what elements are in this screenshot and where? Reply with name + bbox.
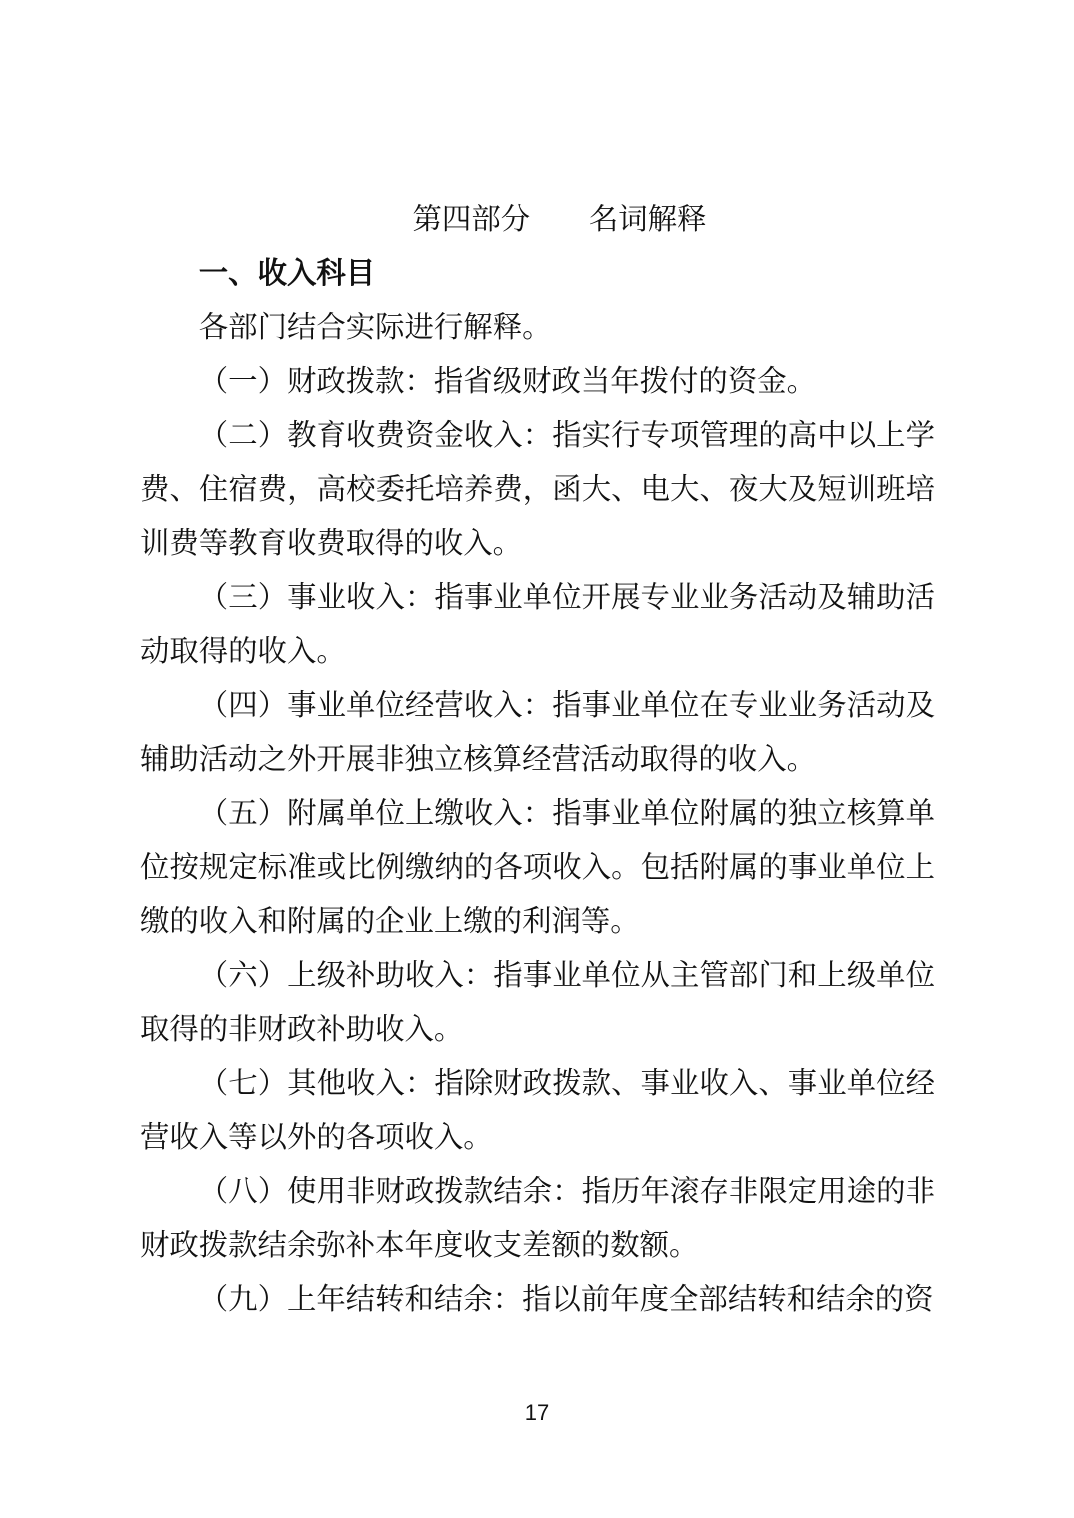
paragraph-term-6-superior-subsidy-income: （六）上级补助收入：指事业单位从主管部门和上级单位取得的非财政补助收入。: [140, 949, 935, 1057]
paragraph-term-3-institution-income: （三）事业收入：指事业单位开展专业业务活动及辅助活动取得的收入。: [140, 571, 935, 679]
page-number: 17: [0, 1398, 1074, 1428]
paragraph-term-2-education-fee-income: （二）教育收费资金收入：指实行专项管理的高中以上学费、住宿费，高校委托培养费，函…: [140, 409, 935, 571]
paragraph-term-1-fiscal-appropriation: （一）财政拨款：指省级财政当年拨付的资金。: [140, 355, 935, 409]
paragraph-term-7-other-income: （七）其他收入：指除财政拨款、事业收入、事业单位经营收入等以外的各项收入。: [140, 1057, 935, 1165]
document-title: 第四部分 名词解释: [162, 193, 957, 247]
paragraph-intro: 各部门结合实际进行解释。: [140, 301, 935, 355]
paragraph-term-8-nonfiscal-balance-usage: （八）使用非财政拨款结余：指历年滚存非限定用途的非财政拨款结余弥补本年度收支差额…: [140, 1165, 935, 1273]
document-content: 第四部分 名词解释 一、收入科目 各部门结合实际进行解释。 （一）财政拨款：指省…: [140, 193, 935, 1327]
section-heading-income-categories: 一、收入科目: [140, 247, 935, 301]
paragraph-term-5-subsidiary-remittance-income: （五）附属单位上缴收入：指事业单位附属的独立核算单位按规定标准或比例缴纳的各项收…: [140, 787, 935, 949]
paragraph-term-4-operating-income: （四）事业单位经营收入：指事业单位在专业业务活动及辅助活动之外开展非独立核算经营…: [140, 679, 935, 787]
paragraph-term-9-prior-year-carryover: （九）上年结转和结余：指以前年度全部结转和结余的资: [140, 1273, 935, 1327]
document-page: 第四部分 名词解释 一、收入科目 各部门结合实际进行解释。 （一）财政拨款：指省…: [0, 0, 1074, 1518]
